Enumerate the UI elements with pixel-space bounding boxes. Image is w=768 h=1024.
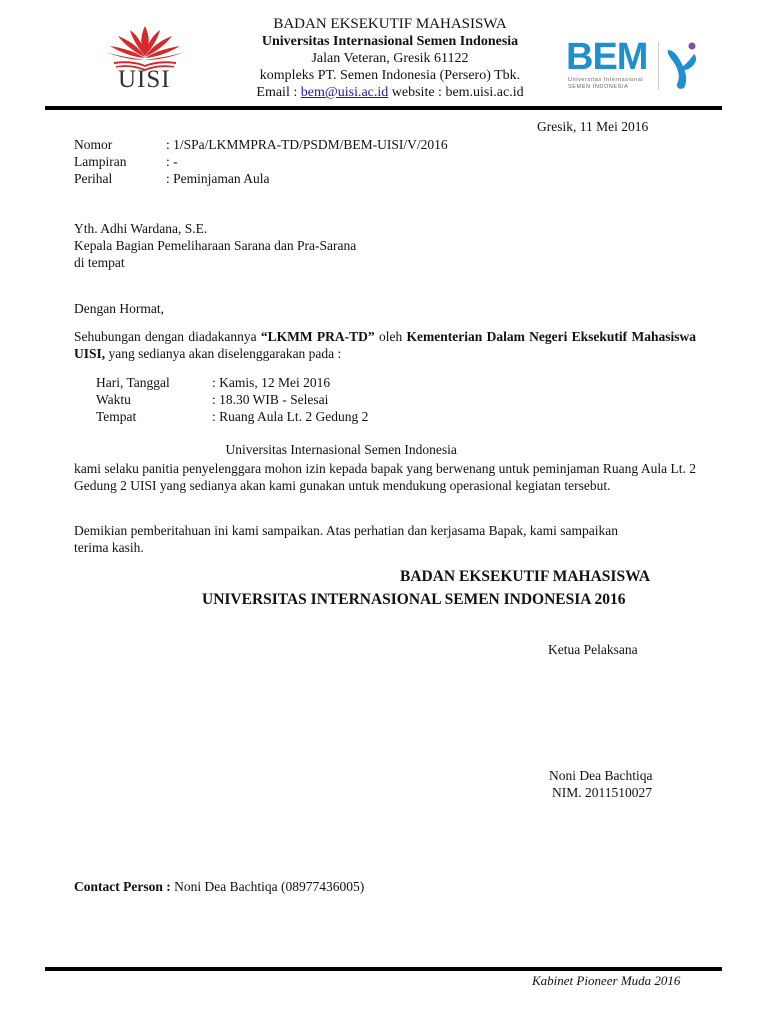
- recipient-location: di tempat: [74, 255, 125, 271]
- intro-text-3: yang sedianya akan diselenggarakan pada …: [105, 346, 341, 361]
- event-value: Universitas Internasional Semen Indonesi…: [219, 442, 457, 457]
- footer-text: Kabinet Pioneer Muda 2016: [532, 973, 680, 989]
- contact-label: Contact Person :: [74, 879, 171, 894]
- bem-figure-icon: [664, 40, 704, 92]
- signature-nim: NIM. 2011510027: [552, 785, 652, 801]
- contact-person: Contact Person : Noni Dea Bachtiqa (0897…: [74, 879, 364, 895]
- meta-row-nomor: Nomor: 1/SPa/LKMMPRA-TD/PSDM/BEM-UISI/V/…: [74, 137, 448, 153]
- address-line-2: kompleks PT. Semen Indonesia (Persero) T…: [200, 67, 580, 84]
- event-name: “LKMM PRA-TD”: [261, 329, 375, 344]
- meta-value: : -: [166, 154, 178, 169]
- email-link[interactable]: bem@uisi.ac.id: [301, 85, 389, 100]
- signature-name: Noni Dea Bachtiqa: [549, 768, 652, 784]
- address-line-1: Jalan Veteran, Gresik 61122: [200, 50, 580, 67]
- contact-value: Noni Dea Bachtiqa (08977436005): [171, 879, 364, 894]
- org-name: BADAN EKSEKUTIF MAHASISWA: [200, 16, 580, 33]
- website-text: bem.uisi.ac.id: [445, 85, 523, 100]
- event-label: Tempat: [96, 409, 212, 425]
- lotus-book-icon: [100, 24, 190, 72]
- event-row-place: Tempat: Ruang Aula Lt. 2 Gedung 2: [96, 409, 368, 425]
- event-label: Hari, Tanggal: [96, 375, 212, 391]
- meta-label: Nomor: [74, 137, 166, 153]
- recipient-name: Yth. Adhi Wardana, S.E.: [74, 221, 207, 237]
- request-paragraph: kami selaku panitia penyelenggara mohon …: [74, 460, 696, 494]
- meta-value: : 1/SPa/LKMMPRA-TD/PSDM/BEM-UISI/V/2016: [166, 137, 448, 152]
- signature-role: Ketua Pelaksana: [548, 642, 638, 658]
- recipient-title: Kepala Bagian Pemeliharaan Sarana dan Pr…: [74, 238, 356, 254]
- email-label: Email :: [256, 85, 300, 100]
- event-value: : 18.30 WIB - Selesai: [212, 392, 328, 407]
- intro-text-2: oleh: [375, 329, 407, 344]
- event-value: : Kamis, 12 Mei 2016: [212, 375, 330, 390]
- signature-org-line-1: BADAN EKSEKUTIF MAHASISWA: [400, 568, 650, 586]
- website-label: website :: [388, 85, 445, 100]
- signature-org-line-2: UNIVERSITAS INTERNASIONAL SEMEN INDONESI…: [202, 591, 625, 609]
- event-label: Waktu: [96, 392, 212, 408]
- greeting: Dengan Hormat,: [74, 301, 164, 317]
- contact-line: Email : bem@uisi.ac.id website : bem.uis…: [200, 84, 580, 101]
- header-divider: [45, 106, 722, 110]
- letterhead: BADAN EKSEKUTIF MAHASISWA Universitas In…: [200, 16, 580, 101]
- event-value: : Ruang Aula Lt. 2 Gedung 2: [212, 409, 368, 424]
- bem-logo-divider: [658, 42, 659, 90]
- intro-text-1: Sehubungan dengan diadakannya: [74, 329, 261, 344]
- uisi-logo-text: UISI: [118, 66, 171, 94]
- event-row-time: Waktu: 18.30 WIB - Selesai: [96, 392, 328, 408]
- meta-row-perihal: Perihal: Peminjaman Aula: [74, 171, 270, 187]
- event-row-place-2: Universitas Internasional Semen Indonesi…: [96, 426, 457, 458]
- meta-value: : Peminjaman Aula: [166, 171, 270, 186]
- bem-logo-text: BEM: [566, 36, 647, 79]
- footer-divider: [45, 967, 722, 971]
- event-row-date: Hari, Tanggal: Kamis, 12 Mei 2016: [96, 375, 330, 391]
- meta-row-lampiran: Lampiran: -: [74, 154, 178, 170]
- bem-logo-sub2: SEMEN INDONESIA: [568, 84, 628, 90]
- place-date: Gresik, 11 Mei 2016: [537, 119, 648, 135]
- meta-label: Lampiran: [74, 154, 166, 170]
- closing-paragraph: Demikian pemberitahuan ini kami sampaika…: [74, 522, 654, 556]
- intro-paragraph: Sehubungan dengan diadakannya “LKMM PRA-…: [74, 328, 696, 362]
- meta-label: Perihal: [74, 171, 166, 187]
- bem-logo-sub1: Universitas Internasional: [568, 77, 643, 83]
- university-name: Universitas Internasional Semen Indonesi…: [200, 33, 580, 50]
